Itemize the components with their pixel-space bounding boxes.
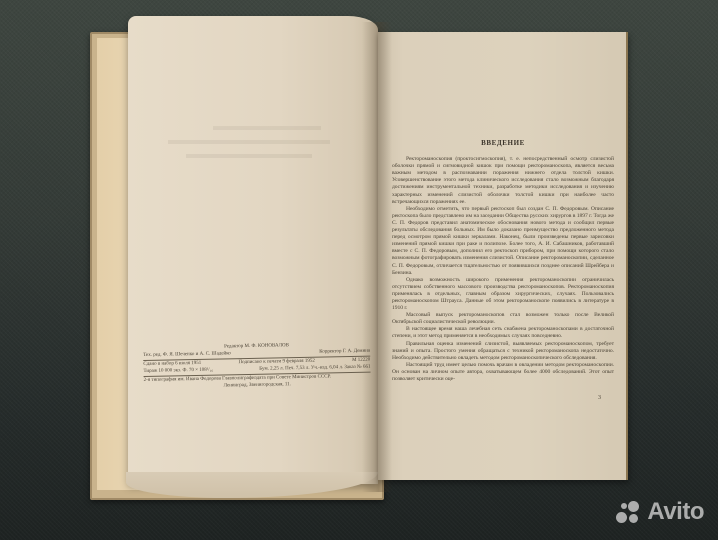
avito-logo-icon <box>614 500 642 524</box>
paragraph: Правильная оценка изменений слизистой, в… <box>392 341 614 362</box>
paragraph: Необходимо отметить, что первый ректоско… <box>392 206 614 277</box>
show-through-text <box>168 116 348 206</box>
left-page <box>128 16 378 484</box>
colophon: Редактор М. Ф. КОНОВАЛОВ Тех. ред. Ф. Я.… <box>143 342 371 392</box>
paragraph: В настоящее время наша лечебная сеть сна… <box>392 326 614 340</box>
avito-wordmark: Avito <box>647 498 704 526</box>
avito-watermark: Avito <box>614 498 704 526</box>
paragraph: Настоящий труд имеет целью помочь врачам… <box>392 362 614 383</box>
paragraph: Массовый выпуск ректороманоскопов стал в… <box>392 312 614 326</box>
introduction-text: ВВЕДЕНИЕ Ректороманоскопия (проктосигмос… <box>392 140 614 383</box>
colophon-print-run: Тираж 10 000 экз. Ф. 70 × 108¹/₁₆ <box>143 367 213 375</box>
chapter-heading: ВВЕДЕНИЕ <box>392 140 614 147</box>
page-number: 3 <box>598 395 601 401</box>
colophon-corrector: Корректор Г. А. Демина <box>319 348 370 356</box>
paragraph: Ректороманоскопия (проктосигмоскопия), т… <box>392 156 614 206</box>
paragraph: Однако возможность широкого применения р… <box>392 277 614 312</box>
